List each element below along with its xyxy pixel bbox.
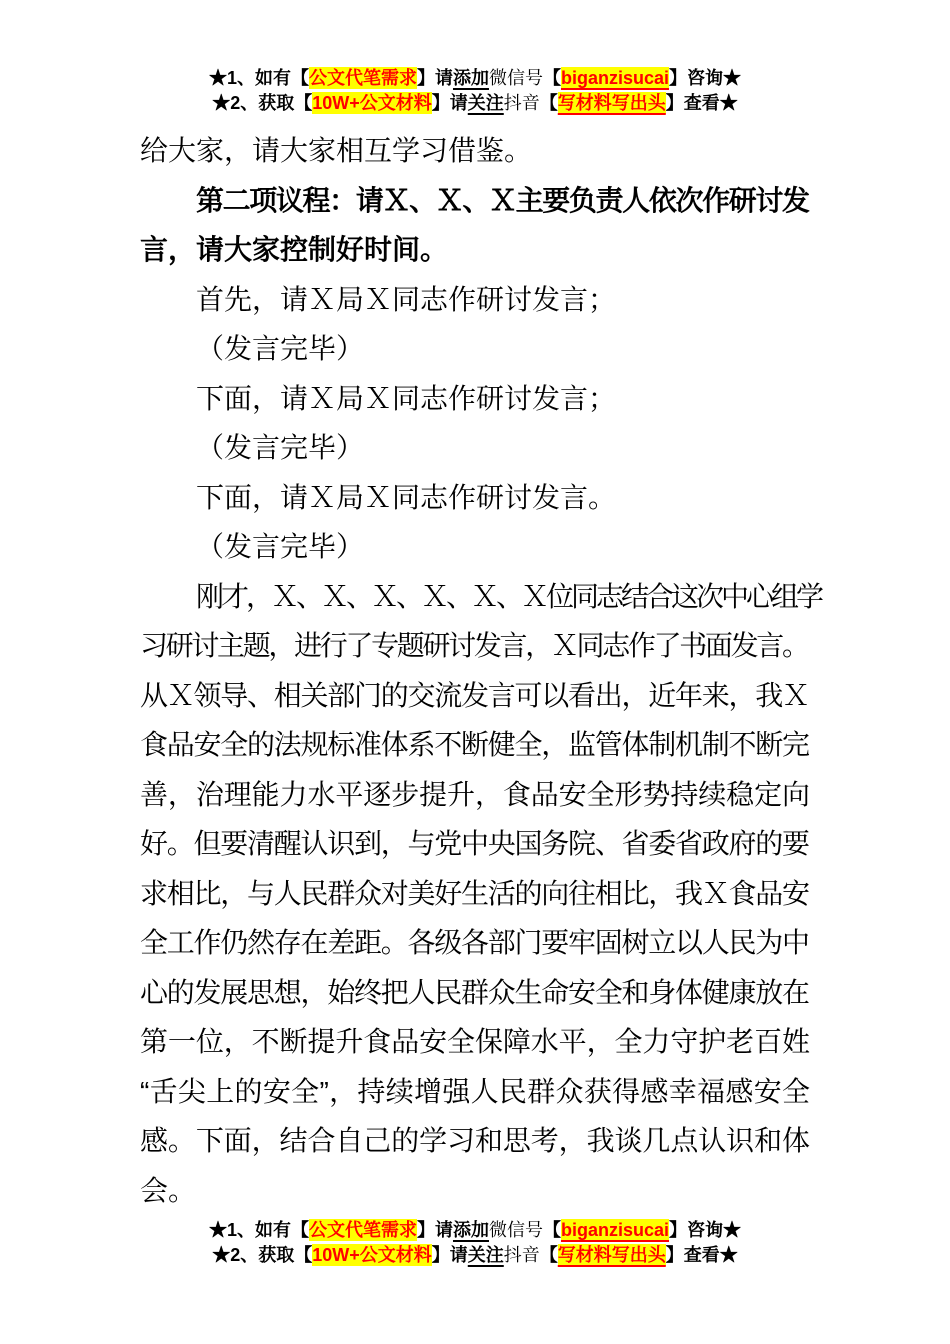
promo-header: ★1、如有【公文代笔需求】请添加微信号【biganzisucai】咨询★★2、获…: [0, 66, 950, 116]
promo-highlighted-term: 10W+公文材料: [312, 92, 432, 114]
promo-highlighted-term: 写材料写出头: [558, 1244, 666, 1266]
promo-text: 】请: [432, 1245, 468, 1265]
body-line-text: 心的发展思想，始终把人民群众生命安全和身体健康放在: [140, 977, 809, 1008]
body-line-text: “舌尖上的安全”，持续增强人民群众获得感幸福感安全: [140, 1076, 810, 1107]
body-line-text: 会。: [140, 1175, 196, 1206]
promo-highlighted-term: 写材料写出头: [558, 92, 666, 114]
promo-text: ★1、如有【: [209, 68, 309, 88]
body-line-text: 习研讨主题，进行了专题研讨发言，Ｘ同志作了书面发言。: [140, 630, 808, 661]
promo-text: 【: [540, 93, 558, 113]
body-line: 感。下面，结合自己的学习和思考，我谈几点认识和体: [140, 1116, 810, 1166]
promo-text: 【: [543, 1220, 561, 1240]
promo-text: ★2、获取【: [212, 1245, 312, 1265]
body-line-text: 善，治理能力水平逐步提升，食品安全形势持续稳定向: [140, 779, 810, 810]
promo-text: 】咨询★: [669, 1220, 741, 1240]
body-line-text: 给大家，请大家相互学习借鉴。: [140, 135, 532, 166]
body-line-text: 第一位，不断提升食品安全保障水平，全力守护老百姓: [140, 1026, 810, 1057]
body-line-text: 刚才，Ｘ、Ｘ、Ｘ、Ｘ、Ｘ、Ｘ位同志结合这次中心组学: [196, 581, 821, 612]
body-line: （发言完毕）: [140, 522, 810, 572]
promo-text: 抖音: [504, 93, 540, 113]
promo-text: 微信号: [489, 68, 543, 88]
body-line: 刚才，Ｘ、Ｘ、Ｘ、Ｘ、Ｘ、Ｘ位同志结合这次中心组学: [140, 572, 810, 622]
body-line: 全工作仍然存在差距。各级各部门要牢固树立以人民为中: [140, 918, 810, 968]
promo-underlined-action: 关注: [468, 1245, 504, 1265]
promo-underlined-action: 关注: [468, 93, 504, 113]
body-line: 给大家，请大家相互学习借鉴。: [140, 126, 810, 176]
promo-header-line-1: ★1、如有【公文代笔需求】请添加微信号【biganzisucai】咨询★: [0, 66, 950, 91]
promo-underlined-action: 添加: [453, 1220, 489, 1240]
promo-footer-line-2: ★2、获取【10W+公文材料】请关注抖音【写材料写出头】查看★: [0, 1243, 950, 1268]
body-line-text: 从Ｘ领导、相关部门的交流发言可以看出，近年来，我Ｘ: [140, 680, 809, 711]
body-line-text: 感。下面，结合自己的学习和思考，我谈几点认识和体: [140, 1125, 810, 1156]
promo-text: 】请: [417, 68, 453, 88]
promo-highlighted-term: 10W+公文材料: [312, 1244, 432, 1266]
body-line: 习研讨主题，进行了专题研讨发言，Ｘ同志作了书面发言。: [140, 621, 810, 671]
body-line-text: 食品安全的法规标准体系不断健全，监管体制机制不断完: [140, 729, 809, 760]
body-line: 言，请大家控制好时间。: [140, 225, 810, 275]
body-line: “舌尖上的安全”，持续增强人民群众获得感幸福感安全: [140, 1067, 810, 1117]
body-line: 会。: [140, 1166, 810, 1216]
promo-text: 抖音: [504, 1245, 540, 1265]
body-line: 下面，请Ｘ局Ｘ同志作研讨发言。: [140, 473, 810, 523]
body-line-text: 下面，请Ｘ局Ｘ同志作研讨发言；: [196, 383, 616, 414]
body-line: 食品安全的法规标准体系不断健全，监管体制机制不断完: [140, 720, 810, 770]
body-line-text: 言，请大家控制好时间。: [140, 234, 448, 265]
body-line: 好。但要清醒认识到，与党中央国务院、省委省政府的要: [140, 819, 810, 869]
body-line: 下面，请Ｘ局Ｘ同志作研讨发言；: [140, 374, 810, 424]
body-line: （发言完毕）: [140, 423, 810, 473]
promo-highlighted-term: 公文代笔需求: [309, 67, 417, 89]
body-line-text: （发言完毕）: [196, 432, 364, 463]
body-line: 善，治理能力水平逐步提升，食品安全形势持续稳定向: [140, 770, 810, 820]
body-line-text: （发言完毕）: [196, 531, 364, 562]
promo-text: 】查看★: [666, 93, 738, 113]
promo-text: 【: [540, 1245, 558, 1265]
promo-highlighted-term: biganzisucai: [561, 1219, 669, 1241]
promo-highlighted-term: biganzisucai: [561, 67, 669, 89]
body-line-text: 求相比，与人民群众对美好生活的向往相比，我Ｘ食品安: [140, 878, 809, 909]
body-line-text: （发言完毕）: [196, 333, 364, 364]
body-line: 第一位，不断提升食品安全保障水平，全力守护老百姓: [140, 1017, 810, 1067]
body-line: 首先，请Ｘ局Ｘ同志作研讨发言；: [140, 275, 810, 325]
promo-text: 】咨询★: [669, 68, 741, 88]
promo-footer: ★1、如有【公文代笔需求】请添加微信号【biganzisucai】咨询★★2、获…: [0, 1218, 950, 1268]
promo-text: 】查看★: [666, 1245, 738, 1265]
promo-text: 】请: [432, 93, 468, 113]
promo-text: 【: [543, 68, 561, 88]
body-line: 第二项议程：请Ｘ、Ｘ、Ｘ主要负责人依次作研讨发: [140, 176, 810, 226]
promo-text: ★2、获取【: [212, 93, 312, 113]
promo-header-line-2: ★2、获取【10W+公文材料】请关注抖音【写材料写出头】查看★: [0, 91, 950, 116]
document-body-text: 给大家，请大家相互学习借鉴。第二项议程：请Ｘ、Ｘ、Ｘ主要负责人依次作研讨发言，请…: [140, 126, 810, 1215]
document-page: { "colors":{ "red":"#ff0000", "highlight…: [0, 0, 950, 1344]
promo-text: 】请: [417, 1220, 453, 1240]
body-line-text: 下面，请Ｘ局Ｘ同志作研讨发言。: [196, 482, 616, 513]
body-line: 求相比，与人民群众对美好生活的向往相比，我Ｘ食品安: [140, 869, 810, 919]
promo-text: ★1、如有【: [209, 1220, 309, 1240]
body-line-text: 好。但要清醒认识到，与党中央国务院、省委省政府的要: [140, 828, 809, 859]
promo-highlighted-term: 公文代笔需求: [309, 1219, 417, 1241]
body-line: 心的发展思想，始终把人民群众生命安全和身体健康放在: [140, 968, 810, 1018]
body-line-text: 全工作仍然存在差距。各级各部门要牢固树立以人民为中: [140, 927, 809, 958]
body-line: 从Ｘ领导、相关部门的交流发言可以看出，近年来，我Ｘ: [140, 671, 810, 721]
body-line-text: 第二项议程：请Ｘ、Ｘ、Ｘ主要负责人依次作研讨发: [196, 185, 809, 216]
promo-footer-line-1: ★1、如有【公文代笔需求】请添加微信号【biganzisucai】咨询★: [0, 1218, 950, 1243]
promo-text: 微信号: [489, 1220, 543, 1240]
promo-underlined-action: 添加: [453, 68, 489, 88]
body-line: （发言完毕）: [140, 324, 810, 374]
body-line-text: 首先，请Ｘ局Ｘ同志作研讨发言；: [196, 284, 616, 315]
